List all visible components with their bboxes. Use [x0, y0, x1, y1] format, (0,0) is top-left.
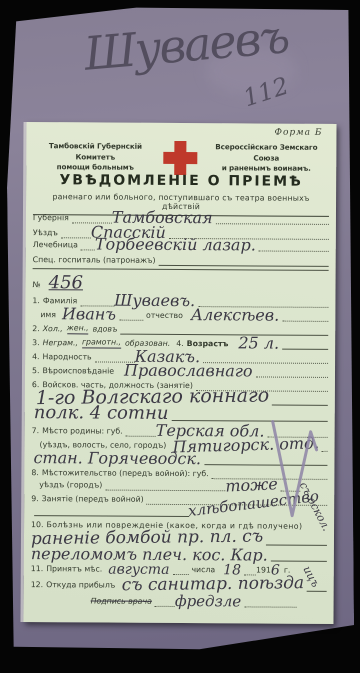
vera-num: 5. — [32, 366, 40, 376]
status-num: 2. — [32, 324, 40, 334]
row-lechebnitsa: Лечебница Торбеевскій лазар. — [33, 236, 329, 252]
doctor-label: Подпись врача — [91, 596, 152, 606]
rodina-label: Мѣсто родины: губ. — [42, 426, 123, 436]
org-name-left: Тамбовскій Губернскій Комитетъ помощи бо… — [32, 141, 158, 174]
org-left-line1: Тамбовскій Губернскій Комитетъ — [32, 141, 158, 163]
row-gubernia: Губернія Тамбовская — [33, 209, 329, 225]
lechebnitsa-value: Торбеевскій лазар. — [95, 236, 256, 253]
blank-line — [159, 265, 329, 267]
narodnost-num: 4. — [32, 352, 40, 362]
imya-label: имя — [40, 310, 56, 320]
status-zhen-underlined: жен., — [67, 323, 89, 334]
divider-rule — [33, 268, 329, 271]
admission-form: Форма Б Тамбовскій Губернскій Комитетъ п… — [23, 122, 336, 624]
leader — [244, 606, 296, 607]
org-right-line1: Всероссійскаго Земскаго Союза — [202, 142, 330, 164]
vozrast-value: 25 л. — [238, 335, 279, 351]
prinyat-label1: Принятъ мѣс. — [46, 564, 102, 574]
org-name-right: Всероссійскаго Земскаго Союза и раненымъ… — [202, 142, 330, 175]
otkuda-num: 12. — [31, 580, 43, 590]
red-cross-icon — [163, 141, 197, 175]
imya-value: Иванъ — [62, 306, 116, 322]
form-header: Тамбовскій Губернскій Комитетъ помощи бо… — [32, 139, 330, 177]
number-value: 456 — [49, 274, 83, 292]
row-bolezn-value1: раненіе бомбой пр. пл. съ — [31, 528, 327, 546]
zhitelstvo-sublabel: уѣздъ (городъ) — [39, 480, 102, 490]
row-doctor-signature: Подпись врача фредзле — [31, 592, 327, 608]
literacy-negram: Неграм., — [43, 338, 78, 348]
doctor-signature-value: фредзле — [175, 594, 241, 609]
row-number: № 456 — [33, 272, 329, 292]
form-code-label: Форма Б — [274, 128, 322, 138]
rodina-subvalue2: стан. Горячеводск. — [33, 450, 201, 467]
prinyat-num: 11. — [31, 564, 43, 574]
familia-value: Шуваевъ. — [114, 293, 195, 309]
otchestvo-value: Алексѣев. — [191, 307, 279, 324]
row-bolezn-value2: переломомъ плеч. кос. Кар. — [31, 544, 327, 562]
spets-label: Спец. госпиталь (патронажъ) — [33, 255, 156, 266]
familia-num: 1. — [32, 296, 40, 306]
leader — [307, 591, 327, 592]
status-hol: Хол., — [43, 324, 63, 334]
number-label: № — [33, 280, 41, 290]
leader — [81, 249, 95, 250]
chast-value2: полк. 4 сотни — [34, 404, 169, 423]
red-cross-wrap — [158, 140, 202, 176]
lechebnitsa-label: Лечебница — [33, 240, 78, 250]
vera-value: Православнаго — [124, 363, 253, 380]
form-title: УВѢДОМЛЕНІЕ О ПРІЕМѢ — [26, 172, 336, 190]
rodina-num: 7. — [32, 426, 40, 436]
scanned-document-photo: { "colors": { "background": "#050505", "… — [0, 0, 360, 673]
literacy-num: 3. — [32, 338, 40, 348]
vera-label: Вѣроисповѣданіе — [42, 366, 114, 376]
status-vdov: вдовъ — [93, 324, 118, 334]
narodnost-label: Народность — [43, 352, 92, 362]
gubernia-label: Губернія — [33, 213, 69, 223]
leader — [155, 606, 175, 607]
row-otkuda: 12. Откуда прибылъ съ санитар. поѣзда — [31, 574, 327, 592]
literacy-gramotn-underlined: грамотн., — [82, 337, 121, 348]
otkuda-label: Откуда прибылъ — [46, 580, 115, 590]
otchestvo-label: отчество — [146, 311, 183, 321]
